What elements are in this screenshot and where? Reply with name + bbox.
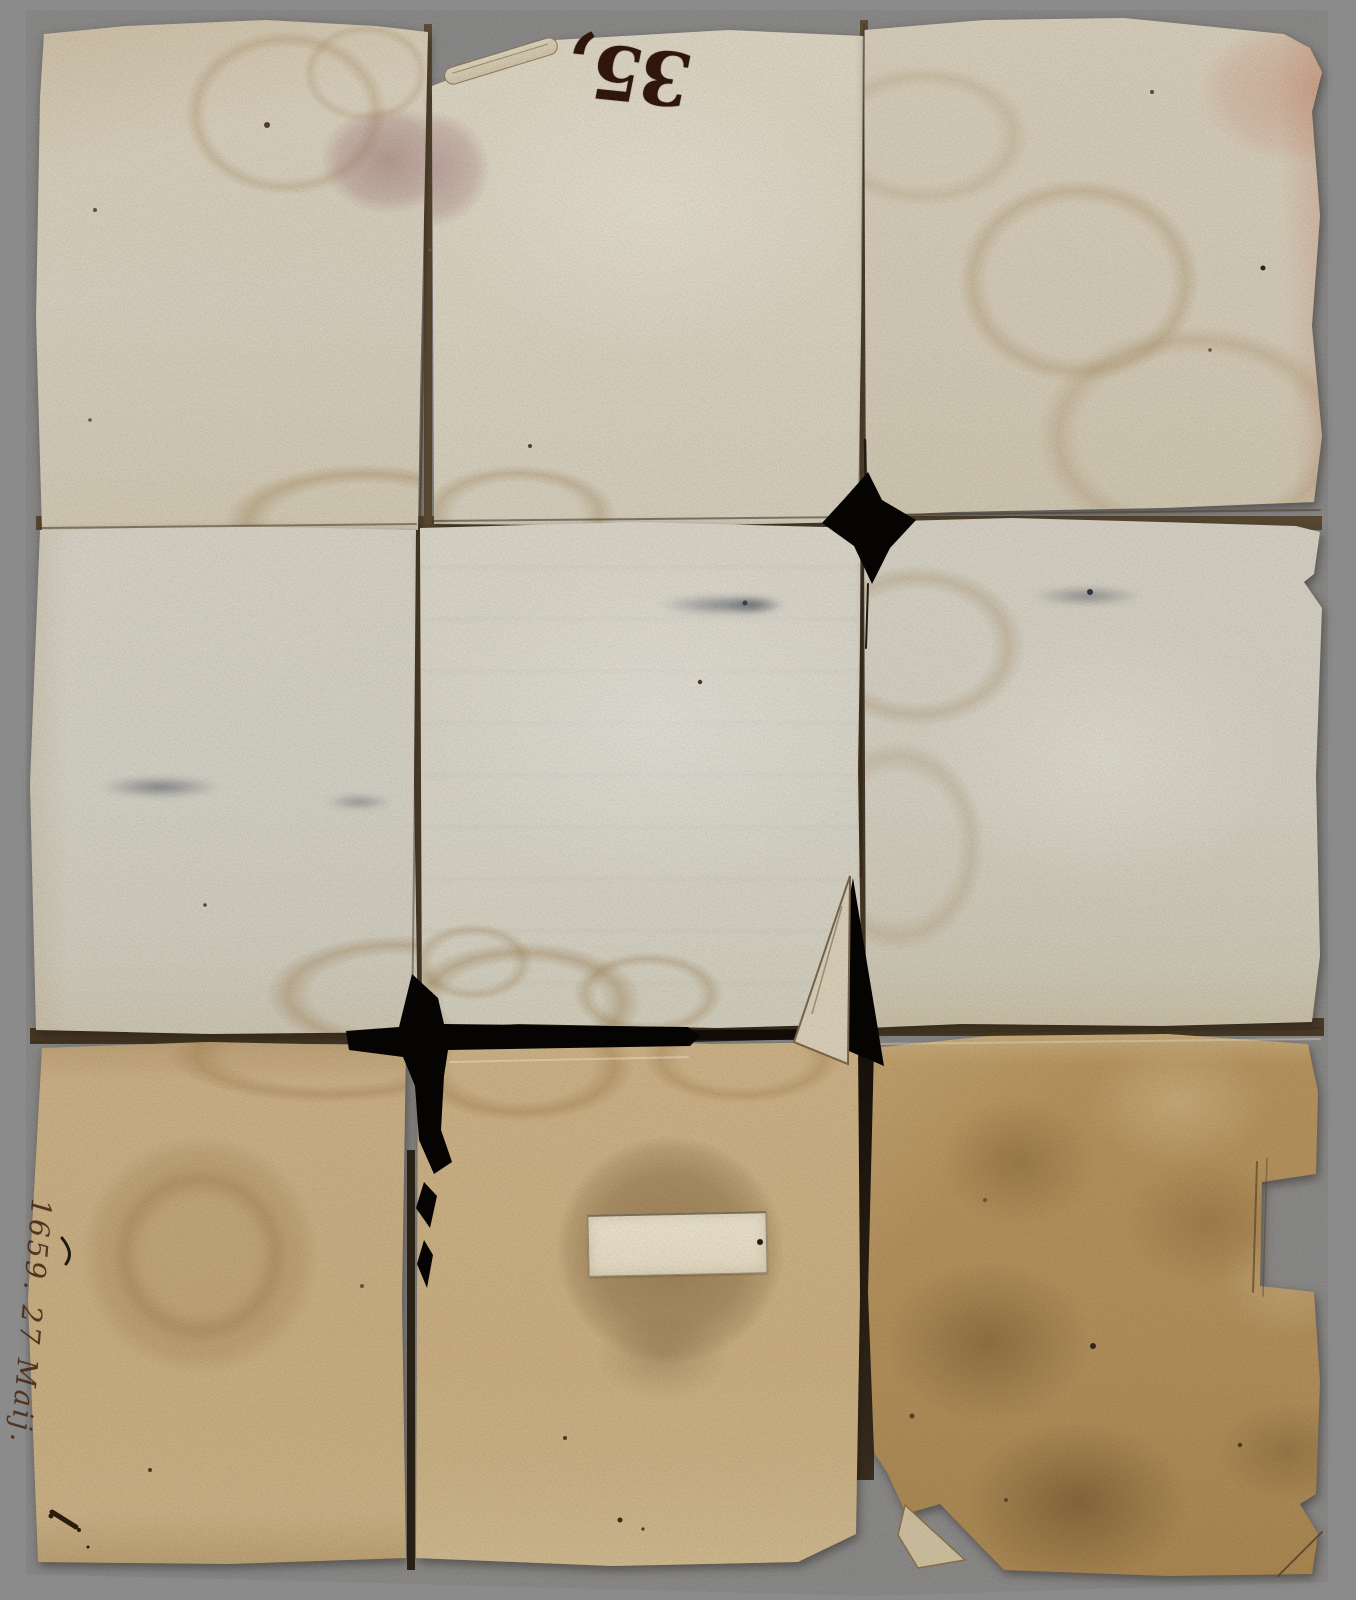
paper-texture (0, 0, 1356, 1600)
document-scan: 35, 1659. 27 Maij. (0, 0, 1356, 1600)
